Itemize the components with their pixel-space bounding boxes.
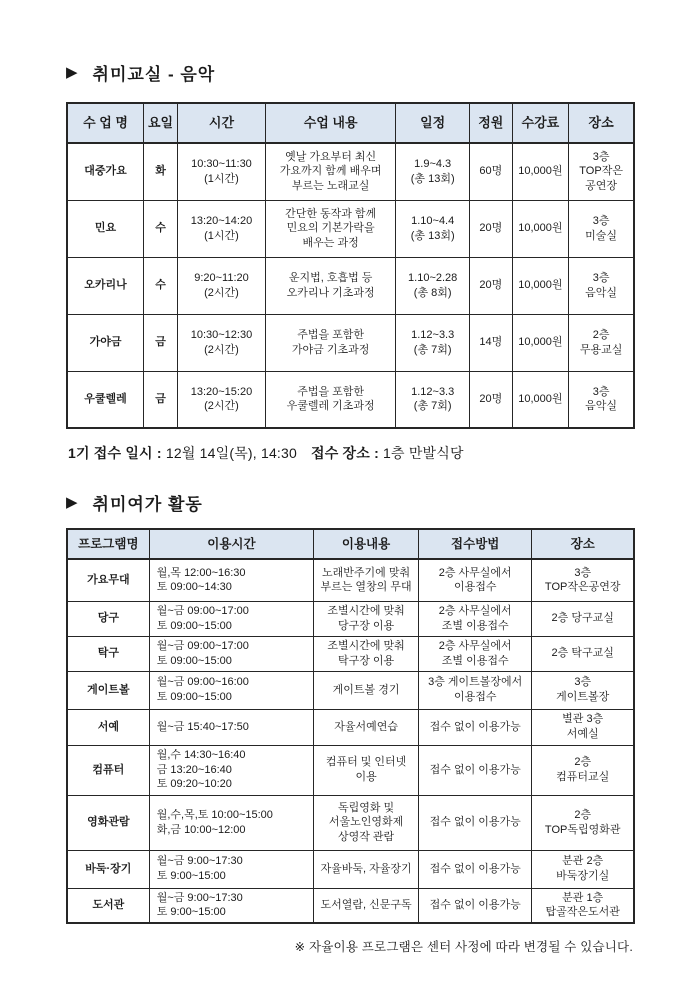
- col-time: 시간: [178, 103, 266, 143]
- place-cell: 3층 음악실: [569, 257, 634, 314]
- location-cell: 2층 컴퓨터교실: [532, 745, 634, 795]
- method-cell: 3층 게이트볼장에서 이용접수: [419, 671, 532, 709]
- section-title-leisure-text: 취미여가 활동: [93, 490, 203, 515]
- fee-cell: 10,000원: [512, 200, 569, 257]
- schedule-cell: 1.9~4.3 (총 13회): [396, 143, 470, 200]
- table-row: 가야금 금 10:30~12:30 (2시간) 주법을 포함한 가야금 기초과정…: [67, 314, 634, 371]
- table-row: 바둑·장기 월~금 9:00~17:30 토 9:00~15:00 자율바둑, …: [67, 850, 634, 888]
- method-cell: 접수 없이 이용가능: [419, 709, 532, 745]
- hours-cell: 월~금 9:00~17:30 토 9:00~15:00: [149, 888, 313, 923]
- table-row: 우쿨렐레 금 13:20~15:20 (2시간) 주법을 포함한 우쿨렐레 기초…: [67, 371, 634, 428]
- program-cell: 바둑·장기: [67, 850, 149, 888]
- content-cell: 주법을 포함한 우쿨렐레 기초과정: [265, 371, 395, 428]
- method-cell: 접수 없이 이용가능: [419, 888, 532, 923]
- col-method: 접수방법: [419, 529, 532, 559]
- method-cell: 2층 사무실에서 조별 이용접수: [419, 601, 532, 636]
- footer-disclaimer: ※ 자율이용 프로그램은 센터 사정에 따라 변경될 수 있습니다.: [66, 937, 633, 955]
- day-cell: 화: [144, 143, 178, 200]
- table-row: 서예 월~금 15:40~17:50 자율서예연습 접수 없이 이용가능 별관 …: [67, 709, 634, 745]
- program-cell: 가요무대: [67, 559, 149, 601]
- triangle-bullet-icon: ▶: [66, 495, 79, 510]
- col-day: 요일: [144, 103, 178, 143]
- location-cell: 3층 게이트볼장: [532, 671, 634, 709]
- table-row: 도서관 월~금 9:00~17:30 토 9:00~15:00 도서열람, 신문…: [67, 888, 634, 923]
- time-cell: 13:20~14:20 (1시간): [178, 200, 266, 257]
- section-title-leisure: ▶ 취미여가 활동: [66, 490, 635, 515]
- capacity-cell: 20명: [470, 371, 513, 428]
- content-cell: 운지법, 호흡법 등 오카리나 기초과정: [265, 257, 395, 314]
- fee-cell: 10,000원: [512, 143, 569, 200]
- hours-cell: 월~금 15:40~17:50: [149, 709, 313, 745]
- usage-cell: 자율서예연습: [314, 709, 419, 745]
- method-cell: 접수 없이 이용가능: [419, 795, 532, 850]
- subject-cell: 오카리나: [67, 257, 144, 314]
- day-cell: 수: [144, 257, 178, 314]
- capacity-cell: 60명: [470, 143, 513, 200]
- usage-cell: 조별시간에 맞춰 탁구장 이용: [314, 636, 419, 671]
- table-row: 컴퓨터 월,수 14:30~16:40 금 13:20~16:40 토 09:2…: [67, 745, 634, 795]
- time-cell: 9:20~11:20 (2시간): [178, 257, 266, 314]
- capacity-cell: 14명: [470, 314, 513, 371]
- time-cell: 10:30~11:30 (1시간): [178, 143, 266, 200]
- usage-cell: 게이트볼 경기: [314, 671, 419, 709]
- col-subject: 수 업 명: [67, 103, 144, 143]
- col-hours: 이용시간: [149, 529, 313, 559]
- table-row: 탁구 월~금 09:00~17:00 토 09:00~15:00 조별시간에 맞…: [67, 636, 634, 671]
- schedule-cell: 1.10~2.28 (총 8회): [396, 257, 470, 314]
- section-title-music: ▶ 취미교실 - 음악: [66, 60, 635, 85]
- place-cell: 3층 미술실: [569, 200, 634, 257]
- day-cell: 금: [144, 314, 178, 371]
- registration-place-value: 1층 만발식당: [383, 445, 464, 461]
- hours-cell: 월,수,목,토 10:00~15:00 화,금 10:00~12:00: [149, 795, 313, 850]
- subject-cell: 민요: [67, 200, 144, 257]
- music-class-table: 수 업 명 요일 시간 수업 내용 일정 정원 수강료 장소 대중가요 화 10…: [66, 102, 635, 429]
- col-capacity: 정원: [470, 103, 513, 143]
- hours-cell: 월~금 09:00~17:00 토 09:00~15:00: [149, 601, 313, 636]
- table-row: 당구 월~금 09:00~17:00 토 09:00~15:00 조별시간에 맞…: [67, 601, 634, 636]
- method-cell: 접수 없이 이용가능: [419, 850, 532, 888]
- location-cell: 3층 TOP작은공연장: [532, 559, 634, 601]
- registration-note: 1기 접수 일시 : 12월 14일(목), 14:30접수 장소 : 1층 만…: [68, 443, 635, 463]
- section-title-music-text: 취미교실 - 음악: [93, 60, 216, 85]
- location-cell: 2층 당구교실: [532, 601, 634, 636]
- content-cell: 옛날 가요부터 최신 가요까지 함께 배우며 부르는 노래교실: [265, 143, 395, 200]
- hours-cell: 월,수 14:30~16:40 금 13:20~16:40 토 09:20~10…: [149, 745, 313, 795]
- col-program: 프로그램명: [67, 529, 149, 559]
- program-cell: 탁구: [67, 636, 149, 671]
- schedule-cell: 1.12~3.3 (총 7회): [396, 371, 470, 428]
- program-cell: 컴퓨터: [67, 745, 149, 795]
- col-content: 수업 내용: [265, 103, 395, 143]
- day-cell: 금: [144, 371, 178, 428]
- method-cell: 접수 없이 이용가능: [419, 745, 532, 795]
- schedule-cell: 1.10~4.4 (총 13회): [396, 200, 470, 257]
- location-cell: 2층 탁구교실: [532, 636, 634, 671]
- method-cell: 2층 사무실에서 이용접수: [419, 559, 532, 601]
- leisure-activity-table: 프로그램명 이용시간 이용내용 접수방법 장소 가요무대 월,목 12:00~1…: [66, 528, 635, 924]
- fee-cell: 10,000원: [512, 257, 569, 314]
- fee-cell: 10,000원: [512, 314, 569, 371]
- place-cell: 3층 TOP작은 공연장: [569, 143, 634, 200]
- subject-cell: 우쿨렐레: [67, 371, 144, 428]
- hours-cell: 월~금 09:00~16:00 토 09:00~15:00: [149, 671, 313, 709]
- leisure-table-header-row: 프로그램명 이용시간 이용내용 접수방법 장소: [67, 529, 634, 559]
- hours-cell: 월~금 9:00~17:30 토 9:00~15:00: [149, 850, 313, 888]
- program-cell: 영화관람: [67, 795, 149, 850]
- usage-cell: 조별시간에 맞춰 당구장 이용: [314, 601, 419, 636]
- content-cell: 간단한 동작과 함께 민요의 기본가락을 배우는 과정: [265, 200, 395, 257]
- table-row: 대중가요 화 10:30~11:30 (1시간) 옛날 가요부터 최신 가요까지…: [67, 143, 634, 200]
- subject-cell: 대중가요: [67, 143, 144, 200]
- usage-cell: 노래반주기에 맞춰 부르는 열창의 무대: [314, 559, 419, 601]
- registration-datetime-label: 1기 접수 일시 :: [68, 445, 162, 461]
- document-page: ▶ 취미교실 - 음악 수 업 명 요일 시간 수업 내용 일정 정원 수강료 …: [0, 0, 700, 990]
- location-cell: 2층 TOP독립영화관: [532, 795, 634, 850]
- program-cell: 서예: [67, 709, 149, 745]
- triangle-bullet-icon: ▶: [66, 65, 79, 80]
- subject-cell: 가야금: [67, 314, 144, 371]
- table-row: 민요 수 13:20~14:20 (1시간) 간단한 동작과 함께 민요의 기본…: [67, 200, 634, 257]
- hours-cell: 월,목 12:00~16:30 토 09:00~14:30: [149, 559, 313, 601]
- hours-cell: 월~금 09:00~17:00 토 09:00~15:00: [149, 636, 313, 671]
- col-schedule: 일정: [396, 103, 470, 143]
- location-cell: 분관 2층 바둑장기실: [532, 850, 634, 888]
- registration-datetime-value: 12월 14일(목), 14:30: [166, 445, 297, 461]
- content-cell: 주법을 포함한 가야금 기초과정: [265, 314, 395, 371]
- table-row: 오카리나 수 9:20~11:20 (2시간) 운지법, 호흡법 등 오카리나 …: [67, 257, 634, 314]
- col-place: 장소: [569, 103, 634, 143]
- col-usage: 이용내용: [314, 529, 419, 559]
- place-cell: 2층 무용교실: [569, 314, 634, 371]
- program-cell: 당구: [67, 601, 149, 636]
- location-cell: 분관 1층 탑골작은도서관: [532, 888, 634, 923]
- music-table-header-row: 수 업 명 요일 시간 수업 내용 일정 정원 수강료 장소: [67, 103, 634, 143]
- capacity-cell: 20명: [470, 257, 513, 314]
- location-cell: 별관 3층 서예실: [532, 709, 634, 745]
- col-location: 장소: [532, 529, 634, 559]
- place-cell: 3층 음악실: [569, 371, 634, 428]
- usage-cell: 자율바둑, 자율장기: [314, 850, 419, 888]
- method-cell: 2층 사무실에서 조별 이용접수: [419, 636, 532, 671]
- usage-cell: 도서열람, 신문구독: [314, 888, 419, 923]
- table-row: 영화관람 월,수,목,토 10:00~15:00 화,금 10:00~12:00…: [67, 795, 634, 850]
- time-cell: 10:30~12:30 (2시간): [178, 314, 266, 371]
- time-cell: 13:20~15:20 (2시간): [178, 371, 266, 428]
- col-fee: 수강료: [512, 103, 569, 143]
- day-cell: 수: [144, 200, 178, 257]
- usage-cell: 독립영화 및 서울노인영화제 상영작 관람: [314, 795, 419, 850]
- program-cell: 게이트볼: [67, 671, 149, 709]
- capacity-cell: 20명: [470, 200, 513, 257]
- table-row: 가요무대 월,목 12:00~16:30 토 09:00~14:30 노래반주기…: [67, 559, 634, 601]
- fee-cell: 10,000원: [512, 371, 569, 428]
- table-row: 게이트볼 월~금 09:00~16:00 토 09:00~15:00 게이트볼 …: [67, 671, 634, 709]
- schedule-cell: 1.12~3.3 (총 7회): [396, 314, 470, 371]
- registration-place-label: 접수 장소 :: [311, 445, 379, 461]
- program-cell: 도서관: [67, 888, 149, 923]
- usage-cell: 컴퓨터 및 인터넷 이용: [314, 745, 419, 795]
